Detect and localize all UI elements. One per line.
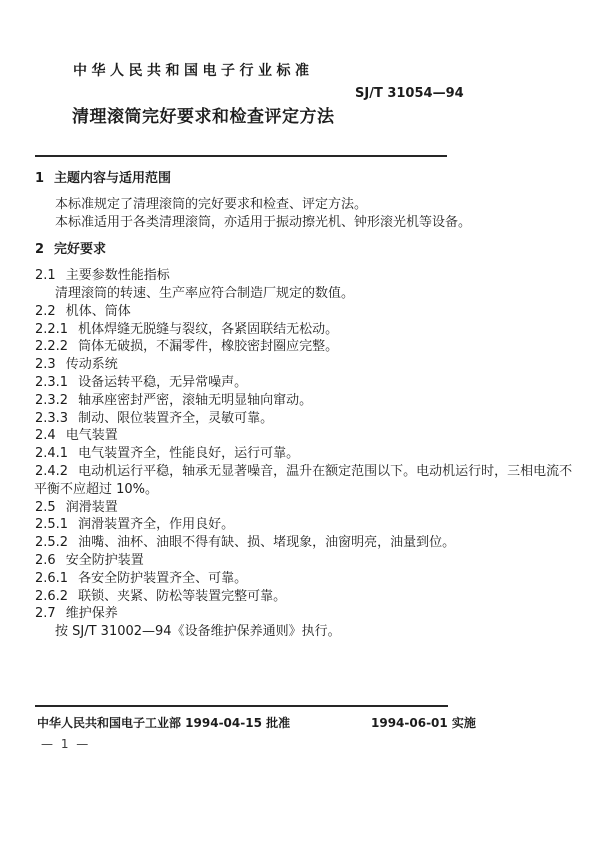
clause-number: 2.2.2 [35,338,68,356]
clause-number: 2.6 [35,552,56,570]
clause-number: 2.1 [35,267,56,285]
clause-text: 筒体无破损，不漏零件，橡胶密封圈应完整。 [78,339,338,354]
clause-text: 联锁、夹紧、防松等装置完整可靠。 [78,589,286,604]
clause-text: 设备运转平稳，无异常噪声。 [78,375,247,390]
body-line-2.7: 2.7维护保养 [0,605,600,623]
clause-text: 按 SJ/T 31002—94《设备维护保养通则》执行。 [55,624,341,639]
body-line-2.4.2: 2.4.2电动机运行平稳，轴承无显著噪音，温升在额定范围以下。电动机运行时，三相… [0,463,600,481]
clause-text: 传动系统 [66,357,118,372]
clause-text: 机体、筒体 [66,304,131,319]
clause-number: 2.3.1 [35,374,68,392]
body-line-2.3.2: 2.3.2轴承座密封严密，滚轴无明显轴向窜动。 [0,392,600,410]
clause-text: 润滑装置 [66,500,118,515]
clause-text: 主题内容与适用范围 [54,171,171,186]
clause-number: 2.5.1 [35,516,68,534]
clause-number: 2.3 [35,356,56,374]
clause-text: 本标准规定了清理滚筒的完好要求和检查、评定方法。 [55,197,367,212]
body-line-2.5.2: 2.5.2油嘴、油杯、油眼不得有缺、损、堵现象，油窗明亮，油量到位。 [0,534,600,552]
body-line: 本标准规定了清理滚筒的完好要求和检查、评定方法。 [0,196,600,214]
clause-number: 2.6.2 [35,588,68,606]
clause-number: 2 [35,241,44,259]
page-number: — 1 — [41,737,90,751]
body-line-2.2: 2.2机体、筒体 [0,303,600,321]
body-line-2.3: 2.3传动系统 [0,356,600,374]
header-divider-rule [35,155,447,157]
body-line-2.6.2: 2.6.2联锁、夹紧、防松等装置完整可靠。 [0,588,600,606]
body-line-2.6: 2.6安全防护装置 [0,552,600,570]
clause-number: 2.3.2 [35,392,68,410]
clause-number: 2.7 [35,605,56,623]
clause-number: 2.4.1 [35,445,68,463]
clause-number: 1 [35,170,44,188]
body-line: 本标准适用于各类清理滚筒，亦适用于振动擦光机、钟形滚光机等设备。 [0,214,600,232]
standard-number: SJ/T 31054—94 [355,86,464,101]
footer-approval-text: 中华人民共和国电子工业部 1994-04-15 批准 [37,714,290,731]
body-line-2.2.1: 2.2.1机体焊缝无脱缝与裂纹，各紧固联结无松动。 [0,321,600,339]
body-line: 清理滚筒的转速、生产率应符合制造厂规定的数值。 [0,285,600,303]
clause-text: 完好要求 [54,242,106,257]
clause-text: 主要参数性能指标 [66,268,170,283]
clause-text: 平衡不应超过 10%。 [34,482,158,497]
clause-text: 安全防护装置 [66,553,144,568]
clause-text: 各安全防护装置齐全、可靠。 [78,571,247,586]
document-body: 1主题内容与适用范围本标准规定了清理滚筒的完好要求和检查、评定方法。本标准适用于… [0,160,600,641]
body-line-2.5.1: 2.5.1润滑装置齐全，作用良好。 [0,516,600,534]
body-line-1: 1主题内容与适用范围 [0,170,600,188]
clause-text: 制动、限位装置齐全，灵敏可靠。 [78,411,273,426]
body-line-2.3.3: 2.3.3制动、限位装置齐全，灵敏可靠。 [0,410,600,428]
clause-number: 2.5 [35,499,56,517]
clause-text: 电气装置齐全，性能良好，运行可靠。 [78,446,299,461]
body-line: 平衡不应超过 10%。 [0,481,600,499]
clause-number: 2.5.2 [35,534,68,552]
footer-divider-rule [35,705,448,707]
body-line-2.6.1: 2.6.1各安全防护装置齐全、可靠。 [0,570,600,588]
clause-text: 本标准适用于各类清理滚筒，亦适用于振动擦光机、钟形滚光机等设备。 [55,215,471,230]
document-title: 清理滚筒完好要求和检查评定方法 [72,102,335,127]
clause-text: 电动机运行平稳，轴承无显著噪音，温升在额定范围以下。电动机运行时，三相电流不 [78,464,572,479]
clause-number: 2.4 [35,427,56,445]
body-line-2.1: 2.1主要参数性能指标 [0,267,600,285]
clause-text: 润滑装置齐全，作用良好。 [78,517,234,532]
body-line-2.2.2: 2.2.2筒体无破损，不漏零件，橡胶密封圈应完整。 [0,338,600,356]
standard-document-page: 中华人民共和国电子行业标准 SJ/T 31054—94 清理滚筒完好要求和检查评… [0,0,600,849]
clause-text: 电气装置 [66,428,118,443]
footer-implementation-date: 1994-06-01 实施 [371,714,476,731]
body-line-2.4: 2.4电气装置 [0,427,600,445]
body-line-2.5: 2.5润滑装置 [0,499,600,517]
body-line-2.3.1: 2.3.1设备运转平稳，无异常噪声。 [0,374,600,392]
clause-text: 清理滚筒的转速、生产率应符合制造厂规定的数值。 [55,286,354,301]
standard-org-line: 中华人民共和国电子行业标准 [73,60,314,80]
body-line-2.4.1: 2.4.1电气装置齐全，性能良好，运行可靠。 [0,445,600,463]
clause-number: 2.3.3 [35,410,68,428]
clause-text: 轴承座密封严密，滚轴无明显轴向窜动。 [78,393,312,408]
clause-number: 2.2.1 [35,321,68,339]
clause-text: 维护保养 [66,606,118,621]
clause-text: 机体焊缝无脱缝与裂纹，各紧固联结无松动。 [78,322,338,337]
clause-number: 2.6.1 [35,570,68,588]
clause-number: 2.4.2 [35,463,68,481]
body-line-2: 2完好要求 [0,241,600,259]
clause-number: 2.2 [35,303,56,321]
body-line: 按 SJ/T 31002—94《设备维护保养通则》执行。 [0,623,600,641]
clause-text: 油嘴、油杯、油眼不得有缺、损、堵现象，油窗明亮，油量到位。 [78,535,455,550]
